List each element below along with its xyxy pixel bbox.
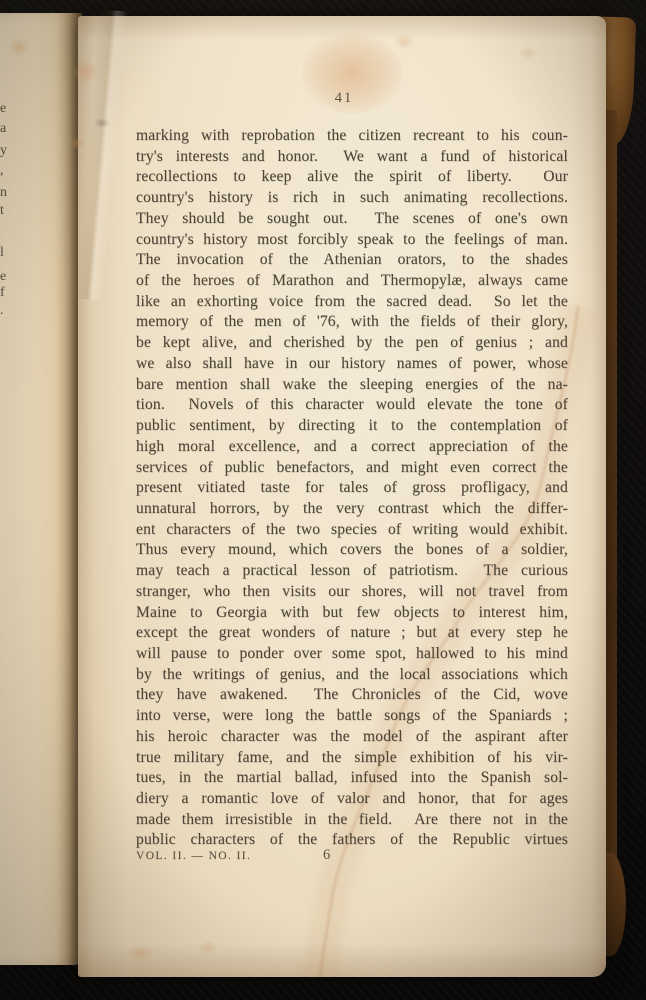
body-text: marking with reprobation the citizen rec… <box>136 126 568 851</box>
text-line: recollections to keep alive the spirit o… <box>136 167 568 188</box>
foxing-stain <box>126 944 154 962</box>
text-line: into verse, were long the battle songs o… <box>136 706 568 727</box>
text-line: stranger, who then visits our shores, wi… <box>136 582 568 603</box>
text-line: ent characters of the two species of wri… <box>136 520 568 541</box>
text-line: tion. Novels of this character would ele… <box>136 395 568 416</box>
text-line: except the great wonders of nature ; but… <box>136 623 568 644</box>
text-line: may teach a practical lesson of patrioti… <box>136 561 568 582</box>
page-footer: VOL. II. — NO. II. 6 <box>136 847 568 867</box>
text-line: country's history most forcibly speak to… <box>136 230 568 251</box>
edge-letter: l <box>0 245 4 261</box>
text-line: bare mention shall wake the sleeping ene… <box>136 375 568 396</box>
edge-letter: n <box>0 185 7 201</box>
text-line: They should be sought out. The scenes of… <box>136 209 568 230</box>
text-line: be kept alive, and cherished by the pen … <box>136 333 568 354</box>
edge-letter: y <box>0 143 7 159</box>
text-line: of the heroes of Marathon and Thermopylæ… <box>136 271 568 292</box>
text-line: try's interests and honor. We want a fun… <box>136 147 568 168</box>
foxing-stain <box>393 33 415 50</box>
text-line: marking with reprobation the citizen rec… <box>136 126 568 147</box>
edge-letter: , <box>0 163 4 179</box>
page-crease <box>73 9 128 301</box>
text-line: diery a romantic love of valor and honor… <box>136 789 568 810</box>
text-line: services of public benefactors, and migh… <box>136 458 568 479</box>
text-line: Maine to Georgia with but few objects to… <box>136 603 568 624</box>
edge-letter: t <box>0 203 4 219</box>
edge-letter: a <box>0 121 6 137</box>
book-photo: eay,ntlef. 41 marking with reprobation t… <box>0 0 646 1000</box>
text-line: his heroic character was the model of th… <box>136 727 568 748</box>
text-line: tues, in the martial ballad, infused int… <box>136 768 568 789</box>
edge-letter: f <box>0 285 5 301</box>
text-line: by the writings of genius, and the local… <box>136 665 568 686</box>
edge-letter: e <box>0 269 6 285</box>
text-line: true military fame, and the simple exhib… <box>136 748 568 769</box>
text-line: country's history is rich in such animat… <box>136 188 568 209</box>
text-line: we also shall have in our history names … <box>136 354 568 375</box>
edge-letter: e <box>0 101 6 117</box>
text-line: unnatural horrors, by the very contrast … <box>136 499 568 520</box>
signature-number: 6 <box>323 847 330 864</box>
text-line: like an exhorting voice from the sacred … <box>136 292 568 313</box>
page-number: 41 <box>308 90 380 107</box>
text-line: will pause to ponder over some spot, hal… <box>136 644 568 665</box>
edge-letter: . <box>0 303 4 319</box>
foxing-stain <box>198 940 218 954</box>
book-page: 41 marking with reprobation the citizen … <box>78 16 606 977</box>
text-line: high moral excellence, and a correct app… <box>136 437 568 458</box>
text-line: public sentiment, by directing it to the… <box>136 416 568 437</box>
text-line: memory of the men of '76, with the field… <box>136 312 568 333</box>
volume-label: VOL. II. — NO. II. <box>136 850 251 862</box>
text-line: Thus every mound, which covers the bones… <box>136 540 568 561</box>
facing-page-edge: eay,ntlef. <box>0 13 82 965</box>
facing-page-text-fragments: eay,ntlef. <box>0 13 16 965</box>
text-line: The invocation of the Athenian orators, … <box>136 250 568 271</box>
ink-smudge <box>94 118 110 128</box>
text-line: they have awakened. The Chronicles of th… <box>136 685 568 706</box>
text-line: present vitiated taste for tales of gros… <box>136 478 568 499</box>
foxing-stain <box>519 46 537 61</box>
text-line: made them irresistible in the field. Are… <box>136 810 568 831</box>
